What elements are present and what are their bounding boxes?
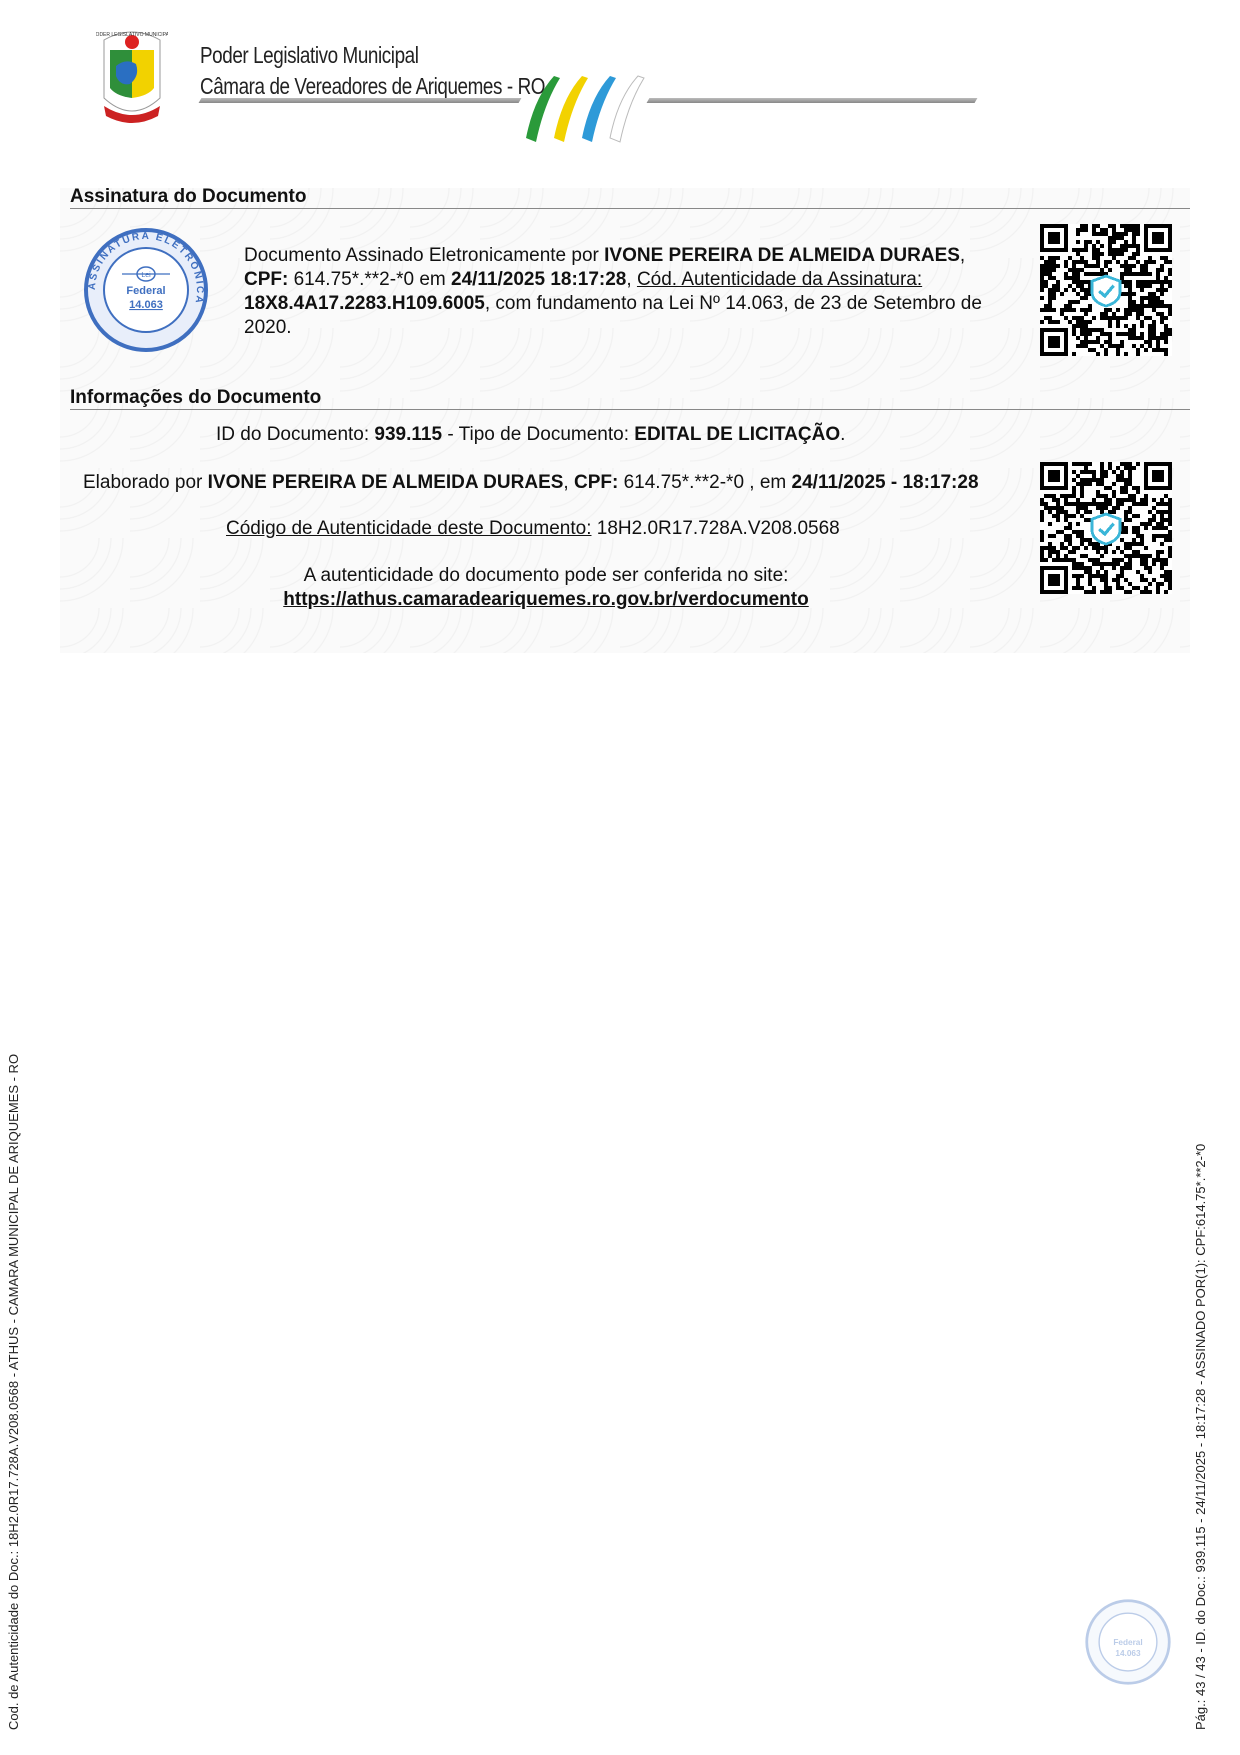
section-divider [70, 208, 1190, 209]
brush-strokes-icon [520, 68, 650, 148]
svg-text:Lei: Lei [141, 272, 151, 279]
svg-text:14.063: 14.063 [1115, 1649, 1141, 1658]
signature-datetime: 24/11/2025 18:17:28 [451, 269, 626, 290]
auth-code-line: Código de Autenticidade deste Documento:… [226, 518, 840, 540]
section-title-info: Informações do Documento [70, 387, 321, 409]
document-auth-code: 18H2.0R17.728A.V208.0568 [591, 518, 839, 539]
header-rule-right [647, 98, 978, 103]
document-id: 939.115 [374, 424, 442, 445]
letterhead: PODER LEGISLATIVO MUNICIPAL Poder Legisl… [0, 0, 1240, 160]
svg-text:14.063: 14.063 [129, 299, 163, 311]
document-id-line: ID do Documento: 939.115 - Tipo de Docum… [216, 424, 845, 446]
header-title-line1: Poder Legislativo Municipal [200, 42, 419, 69]
electronic-signature-seal-icon: ASSINATURA ELETRÔNICA Lei Federal 14.063 [82, 226, 210, 354]
section-divider [70, 409, 1190, 410]
electronic-signature-seal-icon: Federal 14.063 [1084, 1598, 1172, 1686]
side-page-footer: Pág.: 43 / 43 - ID. do Doc.: 939.115 - 2… [1193, 1144, 1208, 1730]
signature-statement: Documento Assinado Eletronicamente por I… [244, 244, 1034, 340]
verify-text: A autenticidade do documento pode ser co… [246, 565, 846, 587]
section-title-signature: Assinatura do Documento [70, 186, 306, 208]
elaborated-by-line: Elaborado por IVONE PEREIRA DE ALMEIDA D… [83, 472, 979, 494]
svg-text:Federal: Federal [1113, 1638, 1142, 1647]
header-title-line2: Câmara de Vereadores de Ariquemes - RO [200, 73, 545, 100]
svg-text:Federal: Federal [126, 285, 165, 297]
signer-name: IVONE PEREIRA DE ALMEIDA DURAES [604, 245, 960, 266]
signature-auth-code: 18X8.4A17.2283.H109.6005 [244, 293, 485, 314]
header-rule-left [199, 98, 522, 103]
coat-of-arms-icon: PODER LEGISLATIVO MUNICIPAL [96, 28, 168, 128]
qr-code-icon[interactable] [1040, 224, 1172, 356]
verify-url-link[interactable]: https://athus.camaradeariquemes.ro.gov.b… [283, 589, 808, 610]
qr-code-icon[interactable] [1040, 462, 1172, 594]
document-type: EDITAL DE LICITAÇÃO [634, 424, 840, 445]
svg-text:PODER LEGISLATIVO MUNICIPAL: PODER LEGISLATIVO MUNICIPAL [96, 32, 168, 38]
side-auth-footer: Cod. de Autenticidade do Doc.: 18H2.0R17… [6, 1054, 21, 1730]
